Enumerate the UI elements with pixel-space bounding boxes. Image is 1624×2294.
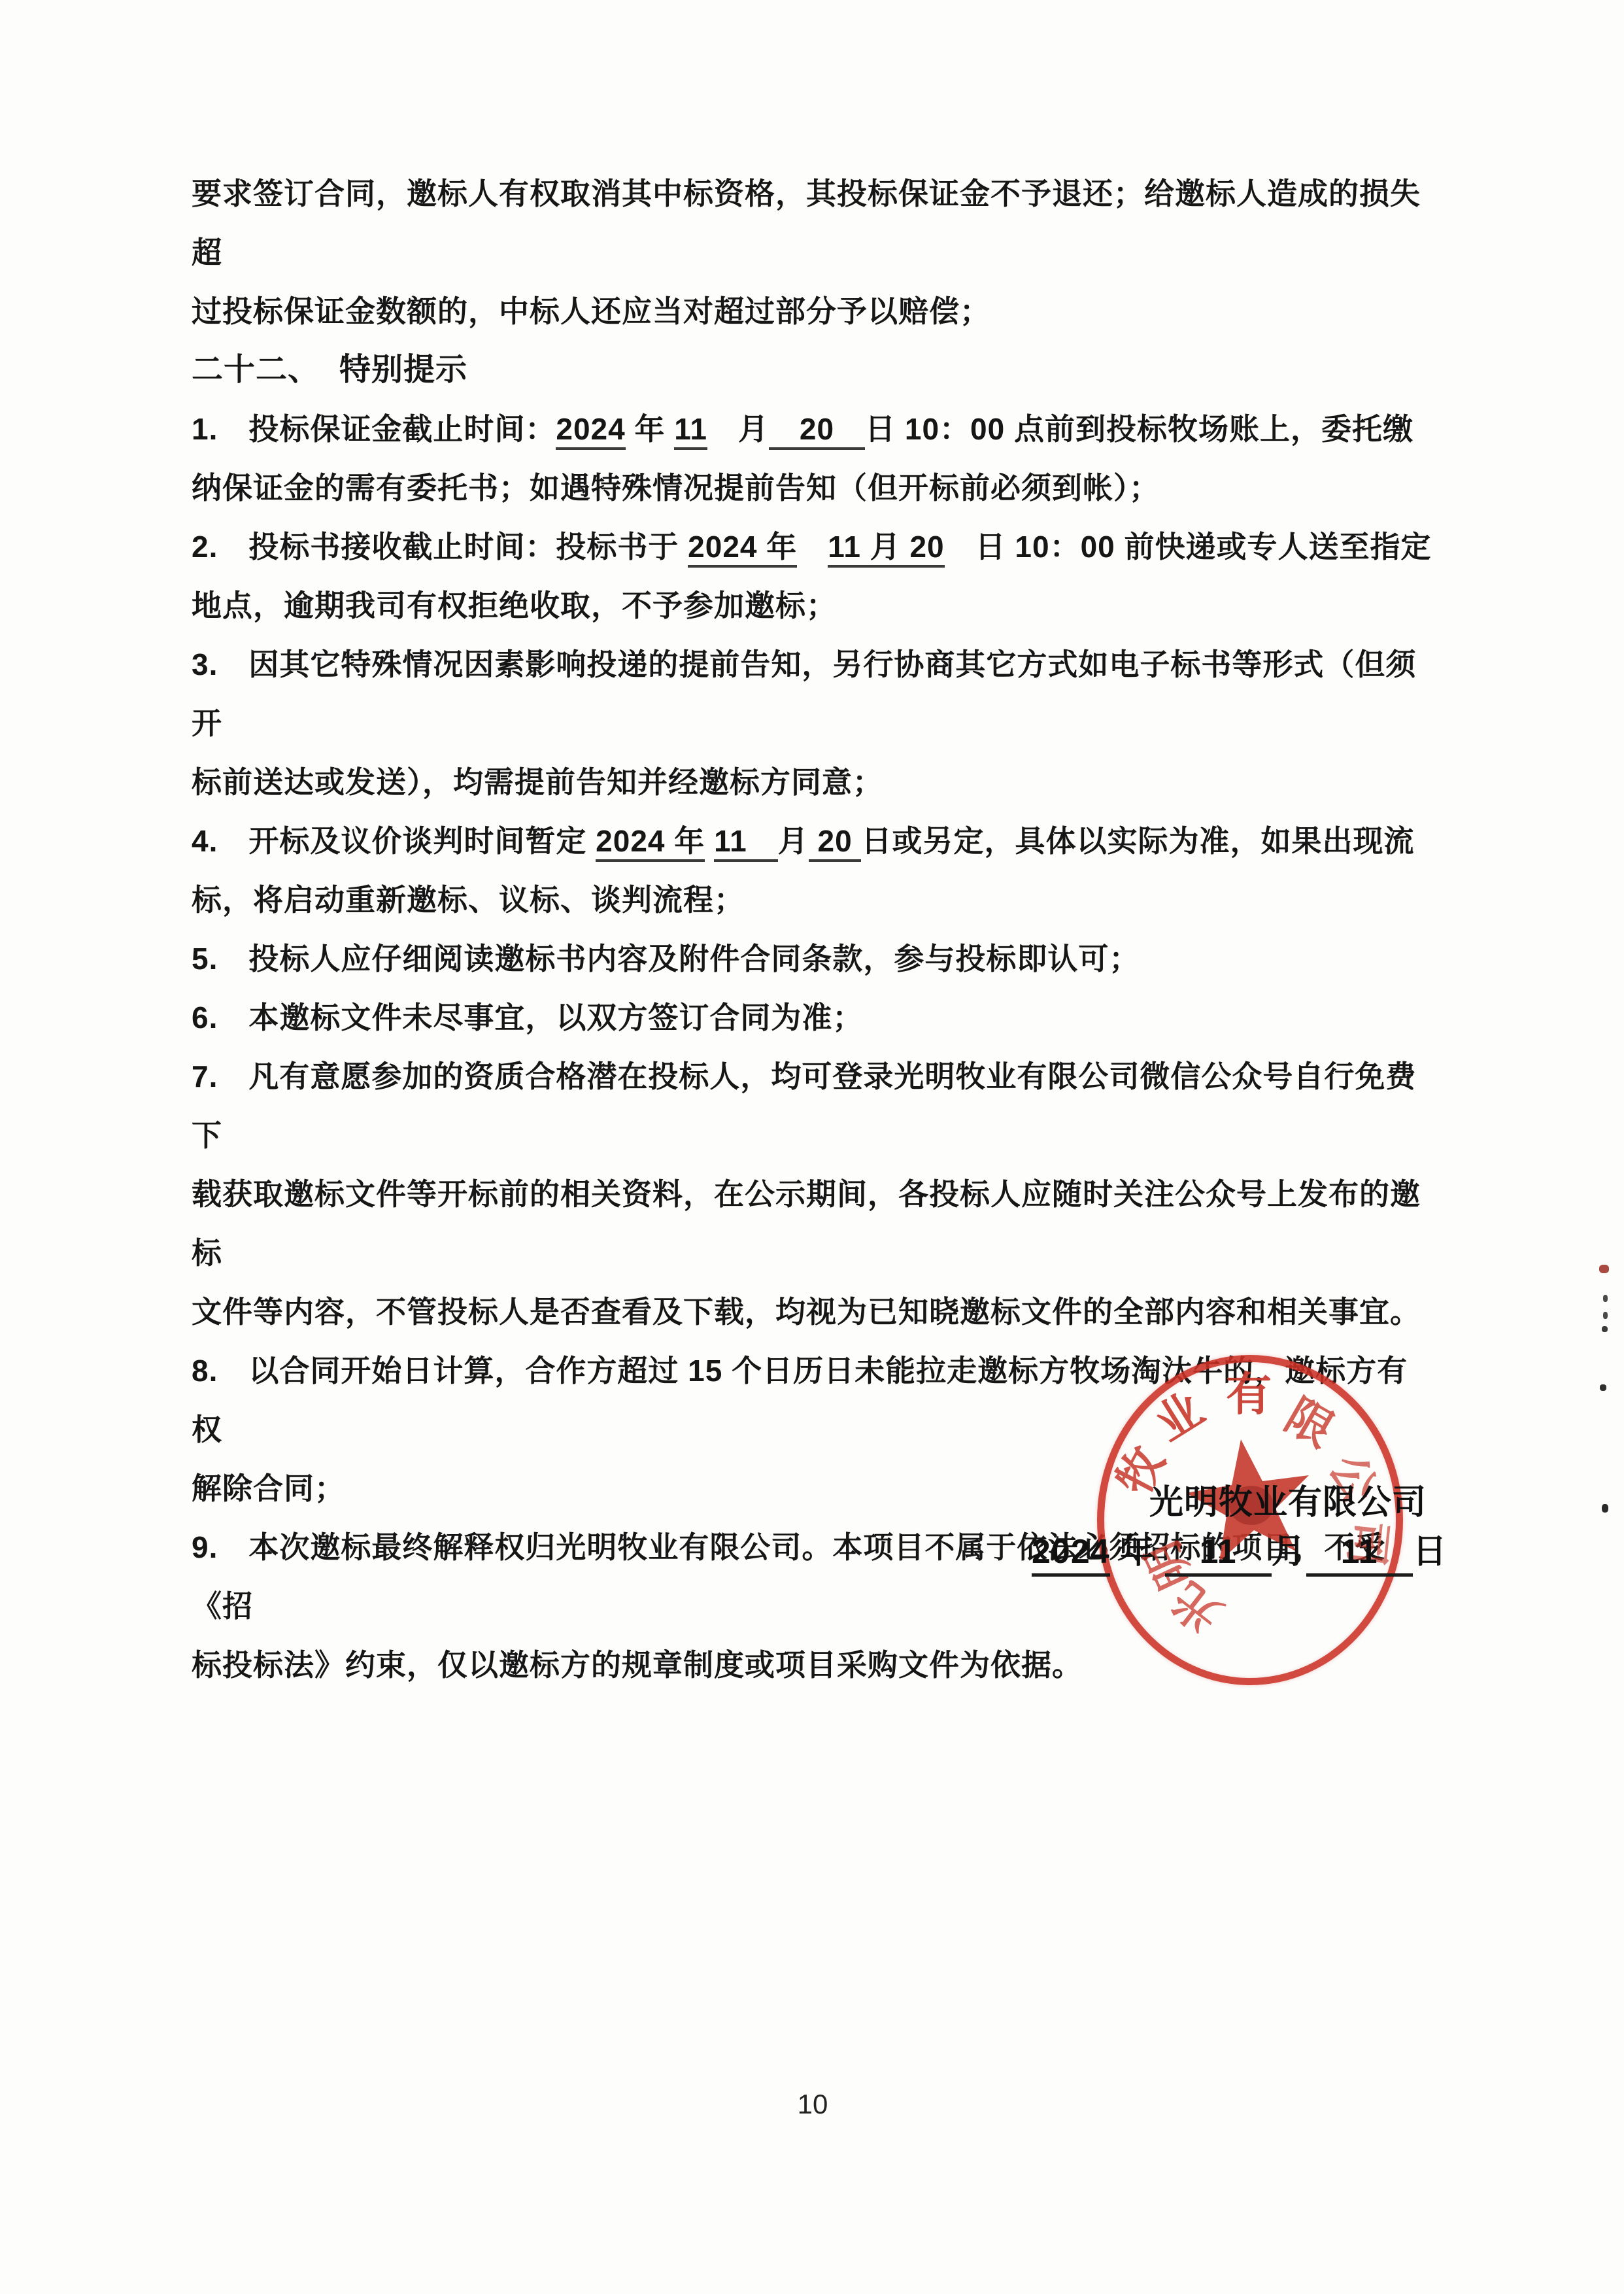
scan-speck xyxy=(1603,1295,1608,1302)
scan-speck xyxy=(1602,1326,1608,1332)
item-2-line-2: 地点，逾期我司有权拒绝收取，不予参加邀标； xyxy=(192,576,1438,635)
signature-date: 2024 年 11 月 11 日 xyxy=(1032,1524,1447,1573)
scan-speck xyxy=(1603,1312,1608,1319)
item-7-line-3: 文件等内容，不管投标人是否查看及下载，均视为已知晓邀标文件的全部内容和相关事宜。 xyxy=(192,1282,1438,1341)
item-3-line-2: 标前送达或发送），均需提前告知并经邀标方同意； xyxy=(192,753,1438,812)
item-4-line-1: 4. 开标及议价谈判时间暂定 2024 年 11 月 20 日或另定，具体以实际… xyxy=(192,812,1438,870)
item-4-line-2: 标，将启动重新邀标、议标、谈判流程； xyxy=(192,870,1438,929)
item-1-line-2: 纳保证金的需有委托书；如遇特殊情况提前告知（但开标前必须到帐）； xyxy=(192,458,1438,517)
scan-speck xyxy=(1599,1265,1609,1273)
seal-character: 有 xyxy=(1224,1371,1274,1420)
item-6-line-1: 6. 本邀标文件未尽事宜，以双方签订合同为准； xyxy=(192,988,1438,1047)
item-5-line-1: 5. 投标人应仔细阅读邀标书内容及附件合同条款，参与投标即认可； xyxy=(192,929,1438,988)
document-page: 要求签订合同，邀标人有权取消其中标资格，其投标保证金不予退还；给邀标人造成的损失… xyxy=(0,0,1624,2294)
page-number: 10 xyxy=(783,2089,842,2120)
item-2-line-1: 2. 投标书接收截止时间：投标书于 2024 年 11 月 20 日 10：00… xyxy=(192,517,1438,576)
para-carryover-line: 过投标保证金数额的，中标人还应当对超过部分予以赔偿； xyxy=(192,282,1438,341)
item-7-line-1: 7. 凡有意愿参加的资质合格潜在投标人，均可登录光明牧业有限公司微信公众号自行免… xyxy=(192,1047,1438,1165)
item-3-line-1: 3. 因其它特殊情况因素影响投递的提前告知，另行协商其它方式如电子标书等形式（但… xyxy=(192,635,1438,753)
scan-speck xyxy=(1602,1504,1608,1513)
para-carryover-line: 要求签订合同，邀标人有权取消其中标资格，其投标保证金不予退还；给邀标人造成的损失… xyxy=(192,164,1438,282)
scan-speck xyxy=(1600,1384,1606,1391)
signature-company-name: 光明牧业有限公司 xyxy=(1149,1475,1427,1524)
signature-date-line: 2024 年 11 月 11 日 xyxy=(1032,1533,1447,1577)
item-1-line-1: 1. 投标保证金截止时间：2024 年 11 月 20 日 10：00 点前到投… xyxy=(192,400,1438,458)
section-heading: 二十二、特别提示 xyxy=(192,341,1438,400)
item-7-line-2: 载获取邀标文件等开标前的相关资料，在公示期间，各投标人应随时关注公众号上发布的邀… xyxy=(192,1165,1438,1282)
